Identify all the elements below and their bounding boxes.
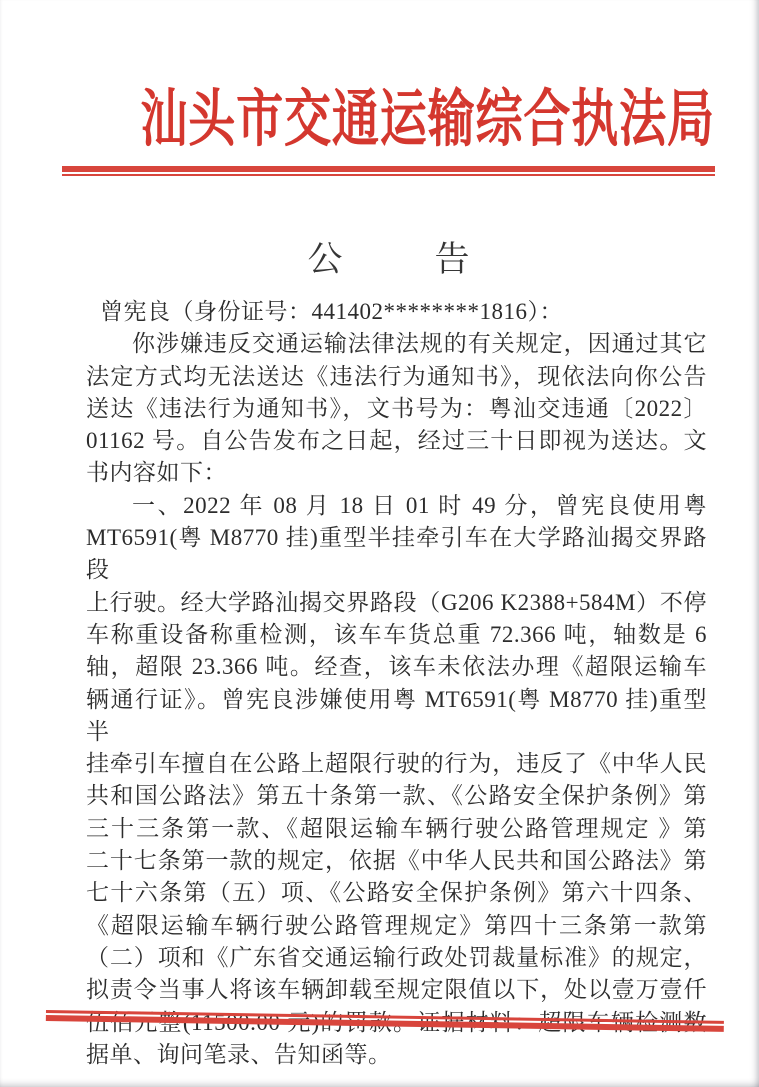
document-title: 公 告	[62, 238, 715, 282]
document-title-char-left: 公	[307, 238, 342, 282]
text-line: 七十六条第（五）项、《公路安全保护条例》第六十四条、	[86, 877, 707, 909]
text-line: （二）项和《广东省交通运输行政处罚裁量标准》的规定，	[86, 942, 707, 974]
text-line: 《超限运输车辆行驶公路管理规定》第四十三条第一款第	[86, 910, 707, 942]
text-line: 三十三条第一款、《超限运输车辆行驶公路管理规定 》第	[86, 813, 707, 845]
text-line: 拟责令当事人将该车辆卸载至规定限值以下，处以壹万壹仟	[86, 974, 707, 1006]
text-line: 共和国公路法》第五十条第一款、《公路安全保护条例》第	[86, 780, 707, 812]
text-line: 法定方式均无法送达《违法行为通知书》，现依法向你公告	[86, 361, 707, 393]
text-line: 车称重设备称重检测，该车车货总重 72.366 吨，轴数是 6	[86, 619, 707, 651]
text-line: 你涉嫌违反交通运输法律法规的有关规定，因通过其它	[86, 328, 707, 360]
header-double-rule	[62, 166, 715, 176]
notice-paragraph-2: 一、2022 年 08 月 18 日 01 时 49 分，曾宪良使用粤MT659…	[86, 490, 707, 1071]
text-line: MT6591(粤 M8770 挂)重型半挂牵引车在大学路汕揭交界路段	[86, 522, 707, 587]
text-line: 一、2022 年 08 月 18 日 01 时 49 分，曾宪良使用粤	[86, 490, 707, 522]
text-line: 二十七条第一款的规定，依据《中华人民共和国公路法》第	[86, 845, 707, 877]
header-rule-thin-band	[62, 174, 715, 176]
text-line: 挂牵引车擅自在公路上超限行驶的行为，违反了《中华人民	[86, 748, 707, 780]
agency-header-title: 汕头市交通运输综合执法局	[140, 86, 636, 155]
document-title-char-right: 告	[435, 238, 470, 282]
text-line: 上行驶。经大学路汕揭交界路段（G206 K2388+584M）不停	[86, 587, 707, 619]
text-line: 据单、询问笔录、告知函等。	[86, 1039, 707, 1071]
notice-body: 曾宪良（身份证号：441402********1816）： 你涉嫌违反交通运输法…	[86, 296, 707, 1071]
text-line: 01162 号。自公告发布之日起，经过三十日即视为送达。文	[86, 425, 707, 457]
text-line: 送达《违法行为通知书》，文书号为：粤汕交违通〔2022〕	[86, 393, 707, 425]
addressee-line: 曾宪良（身份证号：441402********1816）：	[86, 296, 707, 328]
text-line: 书内容如下：	[86, 457, 707, 489]
scanned-notice-page: 汕头市交通运输综合执法局 公 告 曾宪良（身份证号：441402********…	[0, 0, 759, 1087]
text-line: 辆通行证》。曾宪良涉嫌使用粤 MT6591(粤 M8770 挂)重型半	[86, 684, 707, 749]
text-line: 轴，超限 23.366 吨。经查，该车未依法办理《超限运输车	[86, 651, 707, 683]
notice-paragraph-1: 你涉嫌违反交通运输法律法规的有关规定，因通过其它法定方式均无法送达《违法行为通知…	[86, 328, 707, 489]
